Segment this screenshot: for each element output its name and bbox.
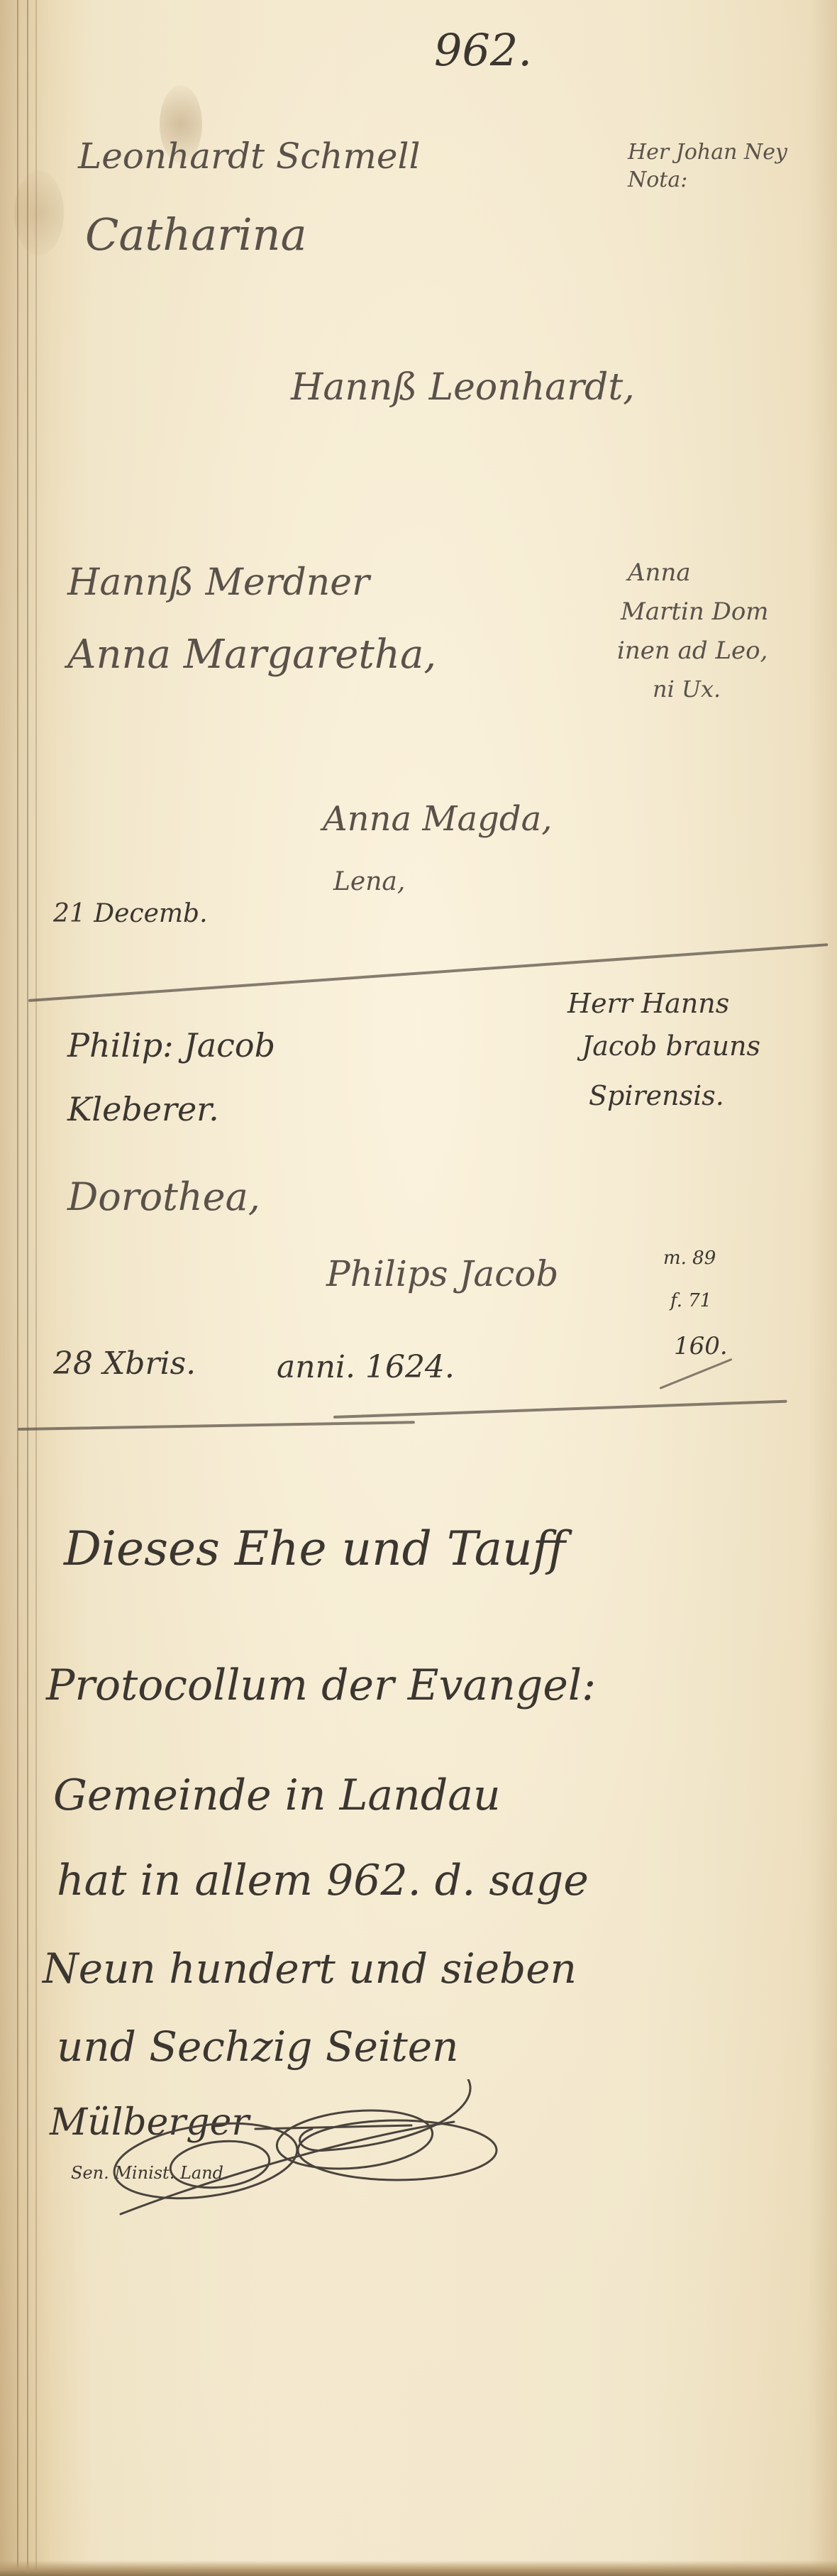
binding-edge <box>27 0 28 2576</box>
closing-line-6: und Sechzig Seiten <box>57 2026 458 2067</box>
closing-line-5: Neun hundert und sieben <box>43 1948 577 1989</box>
closing-line-2: Protocollum der Evangel: <box>46 1664 596 1707</box>
page-bottom-edge <box>0 2560 837 2576</box>
entry2-child-2: Lena, <box>333 869 405 895</box>
entry2-godparent-line3: inen ad Leo, <box>617 639 767 663</box>
entry3-mother: Dorothea, <box>67 1178 260 1216</box>
page-number: 962. <box>434 28 532 72</box>
entry3-godparent-line1: Herr Hanns <box>567 990 729 1017</box>
closing-line-4: hat in allem 962. d. sage <box>57 1859 589 1902</box>
binding-edge <box>17 0 18 2576</box>
entry3-father-line1: Philip: Jacob <box>67 1029 275 1062</box>
section-separator <box>18 1421 415 1431</box>
tally-female: f. 71 <box>670 1292 711 1310</box>
manuscript-page: 962. Leonhardt Schmell Catharina Her Joh… <box>0 0 837 2576</box>
entry2-mother: Anna Margaretha, <box>67 635 436 675</box>
tally-underline <box>659 1358 732 1389</box>
entry2-child-1: Anna Magda, <box>323 802 552 836</box>
entry3-date-day: 28 Xbris. <box>53 1348 196 1380</box>
tally-male: m. 89 <box>663 1249 716 1267</box>
signature-flourish <box>57 2079 766 2221</box>
binding-edge <box>35 0 37 2576</box>
closing-line-1: Dieses Ehe und Tauff <box>64 1526 565 1573</box>
entry3-father-line2: Kleberer. <box>67 1093 219 1125</box>
entry2-godparent-line1: Anna <box>628 561 691 585</box>
tally-total: 160. <box>674 1334 728 1358</box>
entry1-officiant: Her Johan Ney Nota: <box>628 138 819 194</box>
entry3-child: Philips Jacob <box>326 1256 558 1292</box>
entry2-godparent-line4: ni Ux. <box>653 678 721 700</box>
entry1-bride: Catharina <box>85 213 307 257</box>
ink-stain <box>14 170 64 255</box>
entry2-date: 21 Decemb. <box>53 901 208 927</box>
entry3-godparent-line2: Jacob brauns <box>582 1033 760 1059</box>
entry1-child: Hannß Leonhardt, <box>291 369 635 406</box>
entry1-groom: Leonhardt Schmell <box>78 138 420 174</box>
entry2-father: Hannß Merdner <box>67 564 370 601</box>
entry3-godparent-line3: Spirensis. <box>589 1082 724 1109</box>
section-separator <box>333 1400 787 1419</box>
entry3-date-year: anni. 1624. <box>277 1352 455 1383</box>
entry2-godparent-line2: Martin Dom <box>621 600 769 624</box>
closing-line-3: Gemeinde in Landau <box>53 1774 501 1817</box>
